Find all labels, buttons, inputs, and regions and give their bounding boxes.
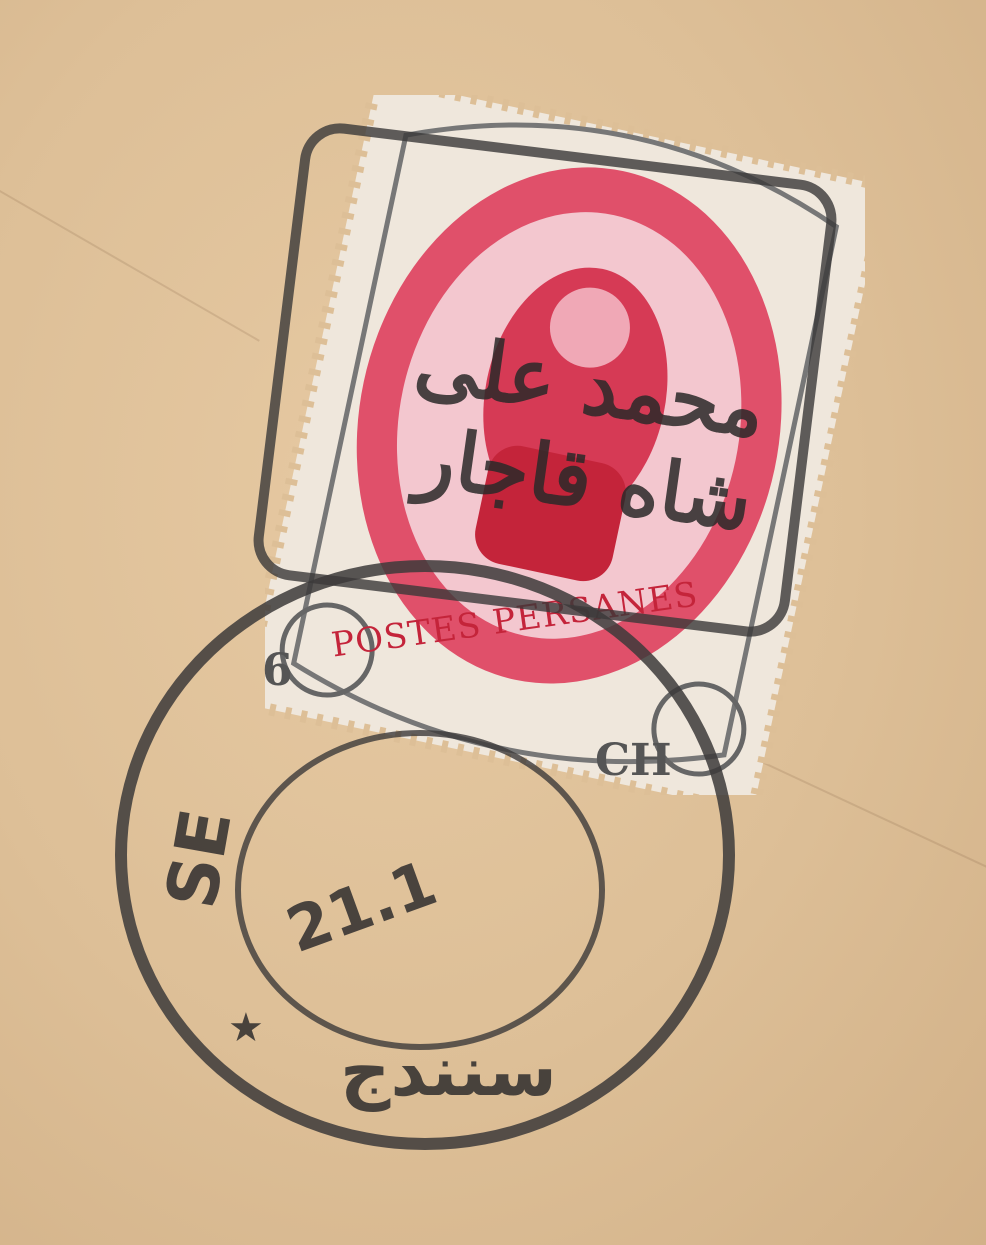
postmark-star-icon: ★	[228, 1005, 264, 1051]
postmark-city-latin: SE	[150, 803, 248, 914]
postmark-city-arabic: سنندج	[340, 1030, 557, 1112]
envelope-crease-left	[0, 190, 260, 342]
